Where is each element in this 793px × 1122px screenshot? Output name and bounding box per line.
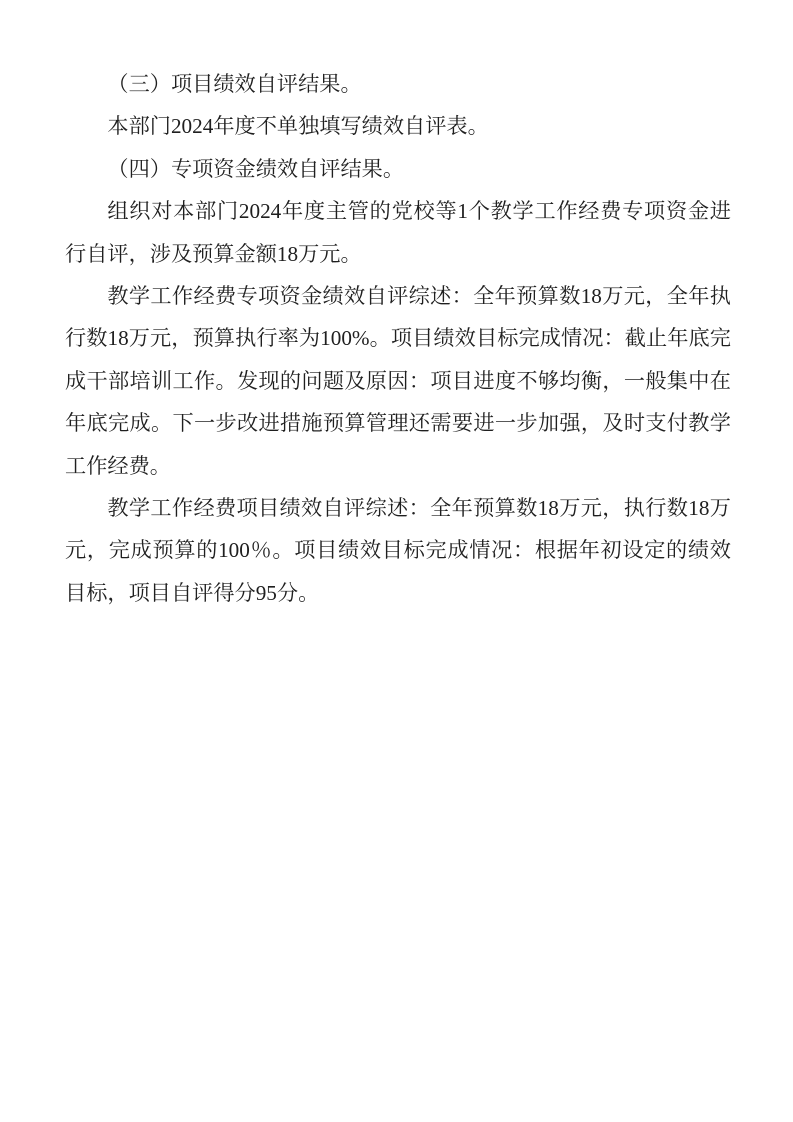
paragraph: 教学工作经费项目绩效自评综述：全年预算数18万元，执行数18万元，完成预算的10… (65, 487, 731, 614)
paragraph: 教学工作经费专项资金绩效自评综述：全年预算数18万元，全年执行数18万元，预算执… (65, 275, 731, 487)
section-heading: （三）项目绩效自评结果。 (65, 63, 731, 105)
document-body: （三）项目绩效自评结果。本部门2024年度不单独填写绩效自评表。（四）专项资金绩… (65, 63, 731, 614)
paragraph: 组织对本部门2024年度主管的党校等1个教学工作经费专项资金进行自评，涉及预算金… (65, 190, 731, 275)
section-heading: （四）专项资金绩效自评结果。 (65, 148, 731, 190)
paragraph: 本部门2024年度不单独填写绩效自评表。 (65, 105, 731, 147)
document-page: （三）项目绩效自评结果。本部门2024年度不单独填写绩效自评表。（四）专项资金绩… (0, 0, 793, 1122)
